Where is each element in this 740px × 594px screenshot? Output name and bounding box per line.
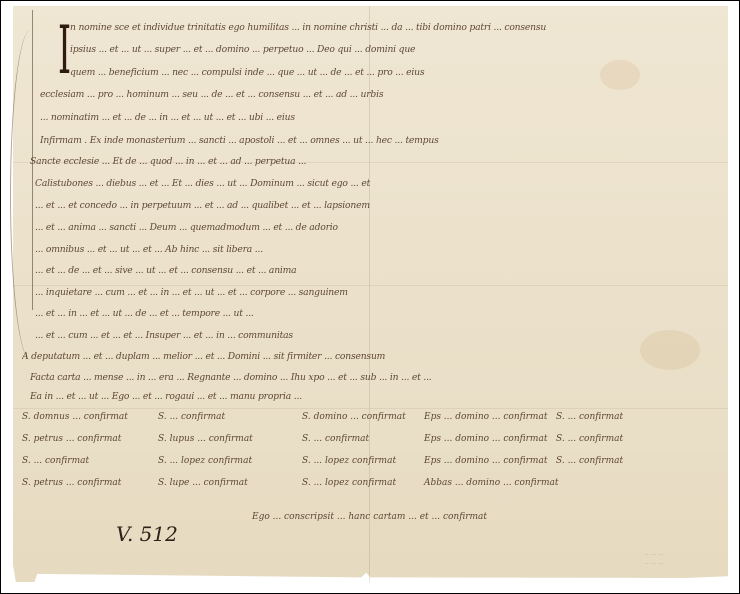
witness-entry: S. ... confirmat: [158, 412, 225, 422]
witness-entry: S. domino ... confirmat: [302, 412, 406, 422]
witness-entry: Eps ... domino ... confirmat: [424, 434, 547, 444]
text-line: n nomine sce et individue trinitatis ego…: [70, 22, 710, 33]
text-line: ecclesiam ... pro ... hominum ... seu ..…: [40, 89, 710, 100]
text-line: Ea in ... et ... ut ... Ego ... et ... r…: [30, 391, 710, 402]
text-line: ... omnibus ... et ... ut ... et ... Ab …: [35, 244, 710, 255]
witness-entry: S. ... confirmat: [22, 456, 89, 466]
witness-entry: S. petrus ... confirmat: [22, 478, 121, 488]
witness-entry: S. ... confirmat: [302, 434, 369, 444]
text-line: ... et ... et concedo ... in perpetuum .…: [35, 200, 710, 211]
text-line: Calistubones ... diebus ... et ... Et ..…: [35, 178, 710, 189]
witness-entry: S. ... confirmat: [556, 456, 623, 466]
archive-shelfmark: V. 512: [116, 522, 178, 546]
witness-entry: Eps ... domino ... confirmat: [424, 456, 547, 466]
text-line: ... et ... de ... et ... sive ... ut ...…: [35, 265, 710, 276]
witness-entry: S. ... lopez confirmat: [302, 456, 396, 466]
witness-entry: S. domnus ... confirmat: [22, 412, 128, 422]
text-line: A deputatum ... et ... duplam ... melior…: [22, 351, 710, 362]
text-line: ... inquietare ... cum ... et ... in ...…: [35, 287, 710, 298]
witness-entry: S. lupe ... confirmat: [158, 478, 248, 488]
text-line: ipsius ... et ... ut ... super ... et ..…: [70, 44, 710, 55]
scribe-subscription: Ego ... conscripsit ... hanc cartam ... …: [252, 512, 487, 522]
fold-line-horizontal: [13, 285, 728, 286]
witness-entry: S. ... lopez confirmat: [302, 478, 396, 488]
text-line: ... et ... anima ... sancti ... Deum ...…: [35, 222, 710, 233]
text-line: Infirmam . Ex inde monasterium ... sanct…: [40, 135, 710, 146]
witness-entry: S. petrus ... confirmat: [22, 434, 121, 444]
text-line: Facta carta ... mense ... in ... era ...…: [30, 372, 710, 383]
text-line: ... et ... cum ... et ... et ... Insuper…: [35, 330, 710, 341]
text-line: ... nominatim ... et ... de ... in ... e…: [40, 112, 710, 123]
text-line: quem ... beneficium ... nec ... compulsi…: [70, 67, 710, 78]
witness-entry: S. lupus ... confirmat: [158, 434, 253, 444]
text-line: Sancte ecclesie ... Et de ... quod ... i…: [30, 156, 710, 167]
witness-entry: S. ... confirmat: [556, 412, 623, 422]
witness-entry: Eps ... domino ... confirmat: [424, 412, 547, 422]
witness-entry: S. ... confirmat: [556, 434, 623, 444]
text-line: ... et ... in ... et ... ut ... de ... e…: [35, 308, 710, 319]
witness-entry: Abbas ... domino ... confirmat: [424, 478, 559, 488]
pencil-archive-note: ... ... ...: [645, 551, 663, 557]
witness-entry: S. ... lopez confirmat: [158, 456, 252, 466]
pencil-archive-note: ... ... ...: [645, 560, 663, 566]
fold-line-horizontal: [13, 408, 728, 409]
